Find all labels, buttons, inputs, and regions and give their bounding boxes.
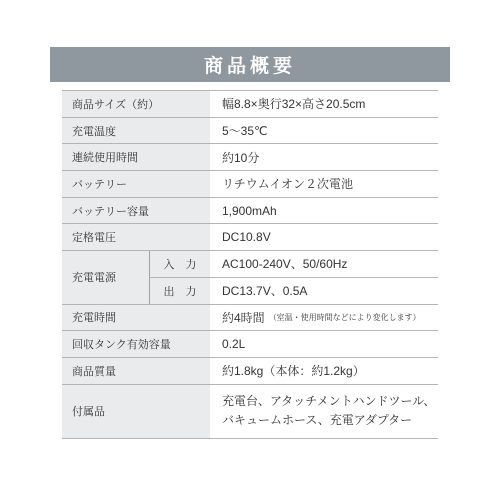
spec-table: 商品サイズ（約） 幅8.8×奥行32×高さ20.5cm 充電温度 5〜35℃ 連… — [62, 90, 438, 439]
spec-value-main: 約4時間 — [222, 309, 265, 326]
table-row: バッテリー リチウムイオン２次電池 — [62, 171, 438, 198]
spec-value: 約10分 — [210, 144, 438, 170]
table-row: 充電温度 5〜35℃ — [62, 118, 438, 145]
spec-label: 商品質量 — [62, 358, 210, 384]
spec-label: 連続使用時間 — [62, 144, 210, 170]
section-header: 商品概要 — [50, 47, 450, 82]
sub-value: AC100-240V、50/60Hz — [210, 251, 438, 277]
sub-label: 出 力 — [150, 278, 210, 304]
spec-label: 定格電圧 — [62, 224, 210, 250]
spec-label: 充電電源 — [62, 251, 150, 303]
spec-label: 商品サイズ（約） — [62, 91, 210, 117]
spec-value: 幅8.8×奥行32×高さ20.5cm — [210, 91, 438, 117]
table-row: 商品サイズ（約） 幅8.8×奥行32×高さ20.5cm — [62, 91, 438, 118]
spec-value: 約4時間 （室温・使用時間などにより変化します） — [210, 305, 438, 331]
spec-label: 回収タンク有効容量 — [62, 331, 210, 357]
spec-value: リチウムイオン２次電池 — [210, 171, 438, 197]
table-row: 回収タンク有効容量 0.2L — [62, 331, 438, 358]
sub-row-input: 入 力 AC100-240V、50/60Hz — [150, 251, 438, 277]
spec-value: 充電台、アタッチメントハンドツール、 バキュームホース、充電アダプター — [210, 385, 438, 438]
table-row-charging-power: 充電電源 入 力 AC100-240V、50/60Hz 出 力 DC13.7V、… — [62, 251, 438, 304]
spec-value: 0.2L — [210, 331, 438, 357]
sub-row-output: 出 力 DC13.7V、0.5A — [150, 277, 438, 304]
spec-value: DC10.8V — [210, 224, 438, 250]
section-title: 商品概要 — [204, 51, 296, 78]
table-row: 充電時間 約4時間 （室温・使用時間などにより変化します） — [62, 305, 438, 332]
spec-label: バッテリー容量 — [62, 198, 210, 224]
spec-label: 充電温度 — [62, 118, 210, 144]
table-row: 付属品 充電台、アタッチメントハンドツール、 バキュームホース、充電アダプター — [62, 385, 438, 439]
table-row: 商品質量 約1.8kg（本体：約1.2kg） — [62, 358, 438, 385]
spec-value: 1,900mAh — [210, 198, 438, 224]
table-row: バッテリー容量 1,900mAh — [62, 198, 438, 225]
product-overview-page: 商品概要 商品サイズ（約） 幅8.8×奥行32×高さ20.5cm 充電温度 5〜… — [0, 0, 500, 500]
sub-label: 入 力 — [150, 251, 210, 277]
table-row: 定格電圧 DC10.8V — [62, 224, 438, 251]
spec-label: バッテリー — [62, 171, 210, 197]
spec-value: 5〜35℃ — [210, 118, 438, 144]
spec-value-note: （室温・使用時間などにより変化します） — [269, 312, 421, 323]
sub-rows: 入 力 AC100-240V、50/60Hz 出 力 DC13.7V、0.5A — [150, 251, 438, 303]
table-row: 連続使用時間 約10分 — [62, 144, 438, 171]
spec-label: 付属品 — [62, 385, 210, 438]
sub-value: DC13.7V、0.5A — [210, 278, 438, 304]
spec-label: 充電時間 — [62, 305, 210, 331]
spec-value: 約1.8kg（本体：約1.2kg） — [210, 358, 438, 384]
